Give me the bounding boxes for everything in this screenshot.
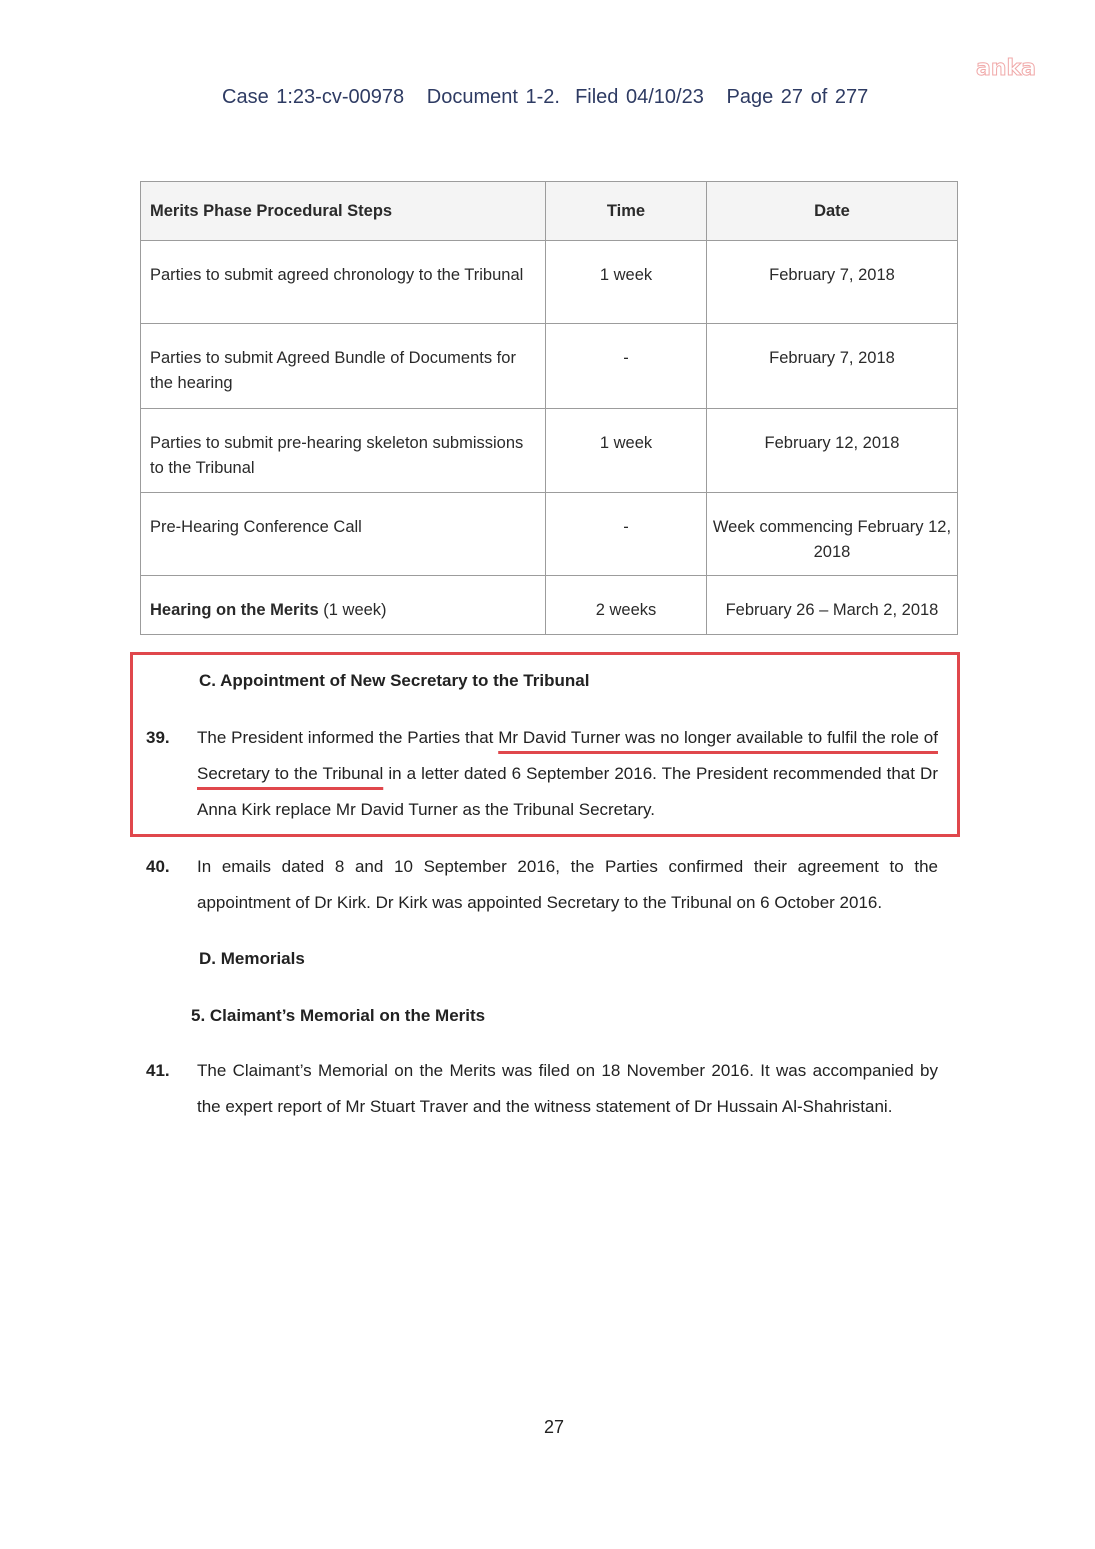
time-cell: 2 weeks [546, 576, 707, 635]
step-text-rest: (1 week) [319, 601, 387, 619]
column-header-time: Time [546, 182, 707, 241]
table-row: Parties to submit Agreed Bundle of Docum… [141, 324, 958, 409]
column-header-date: Date [706, 182, 957, 241]
step-text: Parties to submit pre-hearing skeleton s… [141, 409, 545, 481]
paragraph-number: 41. [146, 1053, 170, 1089]
paragraph-number: 39. [146, 720, 170, 756]
date-cell: February 7, 2018 [706, 324, 957, 409]
date-cell: Week commencing February 12, 2018 [706, 493, 957, 576]
time-text: - [546, 324, 706, 371]
step-text: Parties to submit Agreed Bundle of Docum… [141, 324, 545, 396]
watermark-logo: anka [976, 56, 1036, 81]
text-before: The President informed the Parties that [197, 728, 498, 747]
paragraph-number: 40. [146, 849, 170, 885]
date-cell: February 7, 2018 [706, 241, 957, 324]
date-text: February 7, 2018 [707, 241, 957, 288]
date-cell: February 26 – March 2, 2018 [706, 576, 957, 635]
table-row: Hearing on the Merits (1 week) 2 weeks F… [141, 576, 958, 635]
time-cell: - [546, 493, 707, 576]
filed-date: Filed 04/10/23 [575, 86, 704, 108]
section-d-heading: D. Memorials [199, 949, 305, 969]
step-cell: Hearing on the Merits (1 week) [141, 576, 546, 635]
case-header: Case 1:23-cv-00978 Document 1-2. Filed 0… [222, 86, 868, 109]
paragraph-text: In emails dated 8 and 10 September 2016,… [197, 849, 938, 921]
step-cell: Parties to submit pre-hearing skeleton s… [141, 409, 546, 493]
document-number: Document 1-2 [427, 86, 555, 108]
time-cell: - [546, 324, 707, 409]
time-text: 2 weeks [546, 576, 706, 623]
step-text: Pre-Hearing Conference Call [141, 493, 545, 540]
procedural-steps-table: Merits Phase Procedural Steps Time Date … [140, 181, 958, 635]
step-text: Parties to submit agreed chronology to t… [141, 241, 545, 288]
time-text: - [546, 493, 706, 540]
step-text-bold: Hearing on the Merits [150, 601, 319, 619]
table-row: Pre-Hearing Conference Call - Week comme… [141, 493, 958, 576]
table-header-row: Merits Phase Procedural Steps Time Date [141, 182, 958, 241]
date-cell: February 12, 2018 [706, 409, 957, 493]
date-text: Week commencing February 12, 2018 [707, 493, 957, 565]
step-cell: Parties to submit Agreed Bundle of Docum… [141, 324, 546, 409]
page-number: 27 [544, 1417, 564, 1438]
date-text: February 7, 2018 [707, 324, 957, 371]
page-count: Page 27 of 277 [727, 86, 869, 108]
step-cell: Parties to submit agreed chronology to t… [141, 241, 546, 324]
step-text: Hearing on the Merits (1 week) [141, 576, 545, 623]
column-header-steps: Merits Phase Procedural Steps [141, 182, 546, 241]
table-row: Parties to submit agreed chronology to t… [141, 241, 958, 324]
step-cell: Pre-Hearing Conference Call [141, 493, 546, 576]
paragraph-text: The President informed the Parties that … [197, 720, 938, 828]
table-row: Parties to submit pre-hearing skeleton s… [141, 409, 958, 493]
case-number: Case 1:23-cv-00978 [222, 86, 404, 108]
date-text: February 12, 2018 [707, 409, 957, 456]
subsection-5-heading: 5. Claimant’s Memorial on the Merits [191, 1006, 485, 1026]
date-text: February 26 – March 2, 2018 [707, 576, 957, 623]
time-text: 1 week [546, 241, 706, 288]
time-text: 1 week [546, 409, 706, 456]
time-cell: 1 week [546, 241, 707, 324]
time-cell: 1 week [546, 409, 707, 493]
paragraph-text: The Claimant’s Memorial on the Merits wa… [197, 1053, 938, 1125]
section-c-heading: C. Appointment of New Secretary to the T… [199, 671, 589, 691]
